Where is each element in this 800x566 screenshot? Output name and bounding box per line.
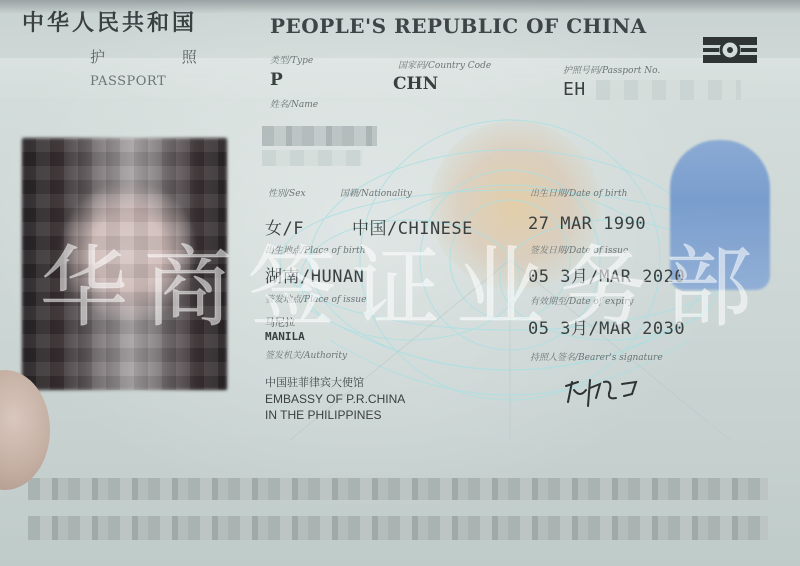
- title-passport-en: PASSPORT: [90, 74, 166, 89]
- label-passport-no: 护照号码/Passport No.: [563, 63, 660, 76]
- label-nationality: 国籍/Nationality: [340, 186, 412, 199]
- label-sex: 性别/Sex: [268, 186, 306, 199]
- name-redacted: [262, 126, 377, 146]
- label-name: 姓名/Name: [270, 97, 318, 110]
- title-passport-cn: 护 照: [90, 46, 233, 67]
- value-authority-en-2: IN THE PHILIPPINES: [265, 408, 381, 422]
- watermark-text: 华商签证业务部: [40, 218, 768, 344]
- holder-signature: [560, 372, 650, 412]
- name-en-redacted: [262, 150, 362, 166]
- value-authority-en-1: EMBASSY OF P.R.CHINA: [265, 392, 405, 406]
- label-type: 类型/Type: [270, 53, 313, 66]
- value-country-code: CHN: [393, 74, 438, 94]
- header-country-en: PEOPLE'S REPUBLIC OF CHINA: [270, 14, 647, 38]
- biometric-chip-icon: [702, 36, 758, 64]
- passport-no-redacted: [596, 80, 741, 100]
- label-date-of-birth: 出生日期/Date of birth: [530, 186, 627, 199]
- mrz-line-2-redacted: [28, 516, 768, 540]
- value-authority-cn: 中国驻菲律宾大使馆: [265, 374, 364, 390]
- label-authority: 签发机关/Authority: [265, 348, 347, 361]
- value-type: P: [270, 70, 283, 90]
- label-holder-signature: 持照人签名/Bearer's signature: [530, 350, 663, 363]
- header-country-cn: 中华人民共和国: [22, 6, 197, 37]
- label-country-code: 国家码/Country Code: [398, 58, 491, 71]
- mrz-line-1-redacted: [28, 478, 768, 500]
- passport-page: 中华人民共和国 PEOPLE'S REPUBLIC OF CHINA 护 照 P…: [0, 0, 800, 566]
- value-passport-no-prefix: EH: [563, 79, 586, 100]
